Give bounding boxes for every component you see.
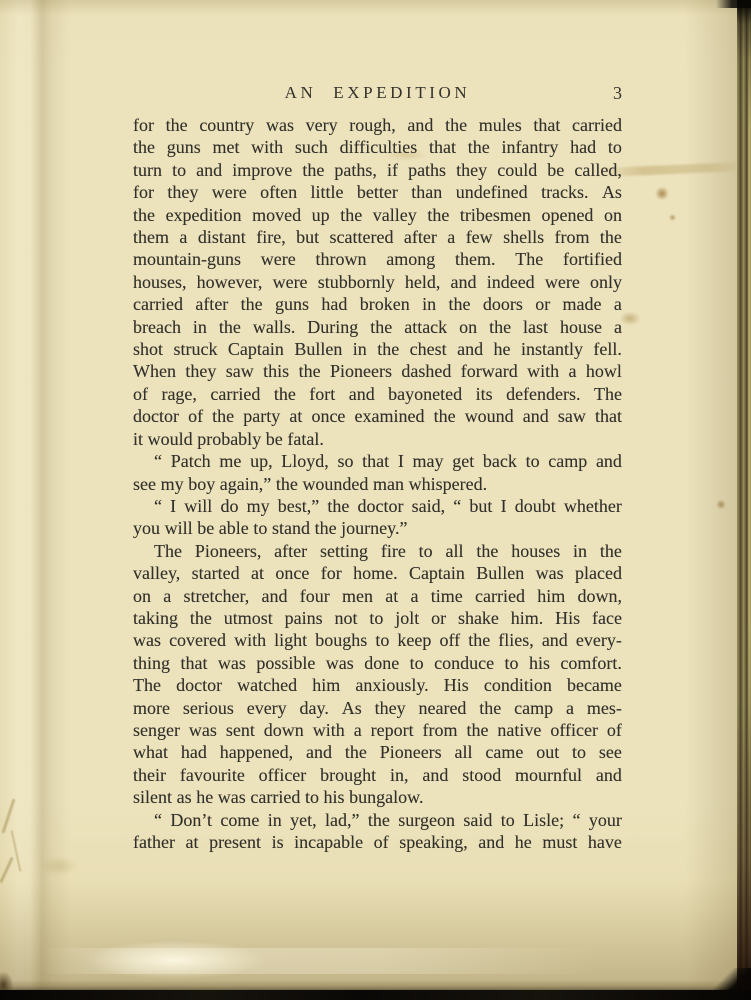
running-head: AN EXPEDITION 3 <box>133 83 622 103</box>
text-line: fortheywereoftenlittlebetterthanundefine… <box>133 181 622 203</box>
text-line: theexpeditionmovedupthevalleythetribesme… <box>133 204 622 226</box>
text-line: onastretcher,andfourmenatatimecarriedhim… <box>133 585 622 607</box>
text-line: valley,startedatonceforhome.CaptainBulle… <box>133 562 622 584</box>
text-line: youwillbeabletostandthejourney.” <box>133 517 622 539</box>
stain <box>42 858 76 874</box>
text-line: thegunsmetwithsuchdifficultiesthattheinf… <box>133 136 622 158</box>
text-line: takingtheutmostpainsnottojoltorshakehim.… <box>133 607 622 629</box>
book-scan: AN EXPEDITION 3 forthecountrywasveryroug… <box>0 0 751 1000</box>
text-line: itwouldprobablybefatal. <box>133 428 622 450</box>
text-line: “Iwilldomybest,”thedoctorsaid,“butIdoubt… <box>133 495 622 517</box>
right-edge-shading <box>685 0 737 990</box>
text-line: doctorofthepartyatonceexaminedthewoundan… <box>133 405 622 427</box>
text-line: whathadhappened,andthePioneersallcameout… <box>133 741 622 763</box>
text-line: forthecountrywasveryrough,andthemulestha… <box>133 114 622 136</box>
text-line: houses,however,werestubbornlyheld,andind… <box>133 271 622 293</box>
text-line: “Don’tcomeinyet,lad,”thesurgeonsaidtoLis… <box>133 809 622 831</box>
text-line: WhentheysawthisthePioneersdashedforwardw… <box>133 360 622 382</box>
text-line: ofrage,carriedthefortandbayoneteditsdefe… <box>133 383 622 405</box>
text-line: carriedafterthegunshadbrokeninthedoorsor… <box>133 293 622 315</box>
text-line: turntoandimprovethepaths,ifpathstheycoul… <box>133 159 622 181</box>
page-number: 3 <box>613 83 622 104</box>
text-line: fatheratpresentisincapableofspeaking,and… <box>133 831 622 853</box>
stain <box>655 187 669 200</box>
text-line: ThePioneers,aftersettingfiretoallthehous… <box>133 540 622 562</box>
text-line: seemyboyagain,”thewoundedmanwhispered. <box>133 473 622 495</box>
text-line: sengerwassentdownwithareportfromthenativ… <box>133 719 622 741</box>
scan-corner-top-right <box>716 0 751 8</box>
text-line: wascoveredwithlightboughstokeepoffthefli… <box>133 629 622 651</box>
page-edge-stack <box>737 0 751 1000</box>
text-line: silentashewascarriedtohisbungalow. <box>133 786 622 808</box>
scan-bottom-border <box>0 990 751 1000</box>
text-line: “Patchmeup,Lloyd,sothatImaygetbacktocamp… <box>133 450 622 472</box>
text-line: Thedoctorwatchedhimanxiously.Hisconditio… <box>133 674 622 696</box>
stain <box>669 214 676 221</box>
text-line: shotstruckCaptainBulleninthechestandhein… <box>133 338 622 360</box>
stain <box>620 312 640 325</box>
page-curl-highlight <box>56 934 294 986</box>
page-bottom-edge <box>0 980 737 990</box>
text-line: mountain-gunswerethrownamongthem.Thefort… <box>133 248 622 270</box>
text-line: thingthatwaspossiblewasdonetoconducetohi… <box>133 652 622 674</box>
chapter-title: AN EXPEDITION <box>285 83 471 103</box>
text-line: themadistantfire,butscatteredafterafewsh… <box>133 226 622 248</box>
top-edge-shading <box>0 0 737 14</box>
text-line: theirfavouriteofficerbroughtin,andstoodm… <box>133 764 622 786</box>
text-line: moreseriouseveryday.Astheynearedthecampa… <box>133 697 622 719</box>
gutter-crease-shading <box>0 0 72 990</box>
text-line: breachinthewalls.Duringtheattackonthelas… <box>133 316 622 338</box>
book-page: AN EXPEDITION 3 forthecountrywasveryroug… <box>0 0 737 990</box>
body-text: forthecountrywasveryrough,andthemulestha… <box>133 114 622 853</box>
stain <box>716 500 726 509</box>
